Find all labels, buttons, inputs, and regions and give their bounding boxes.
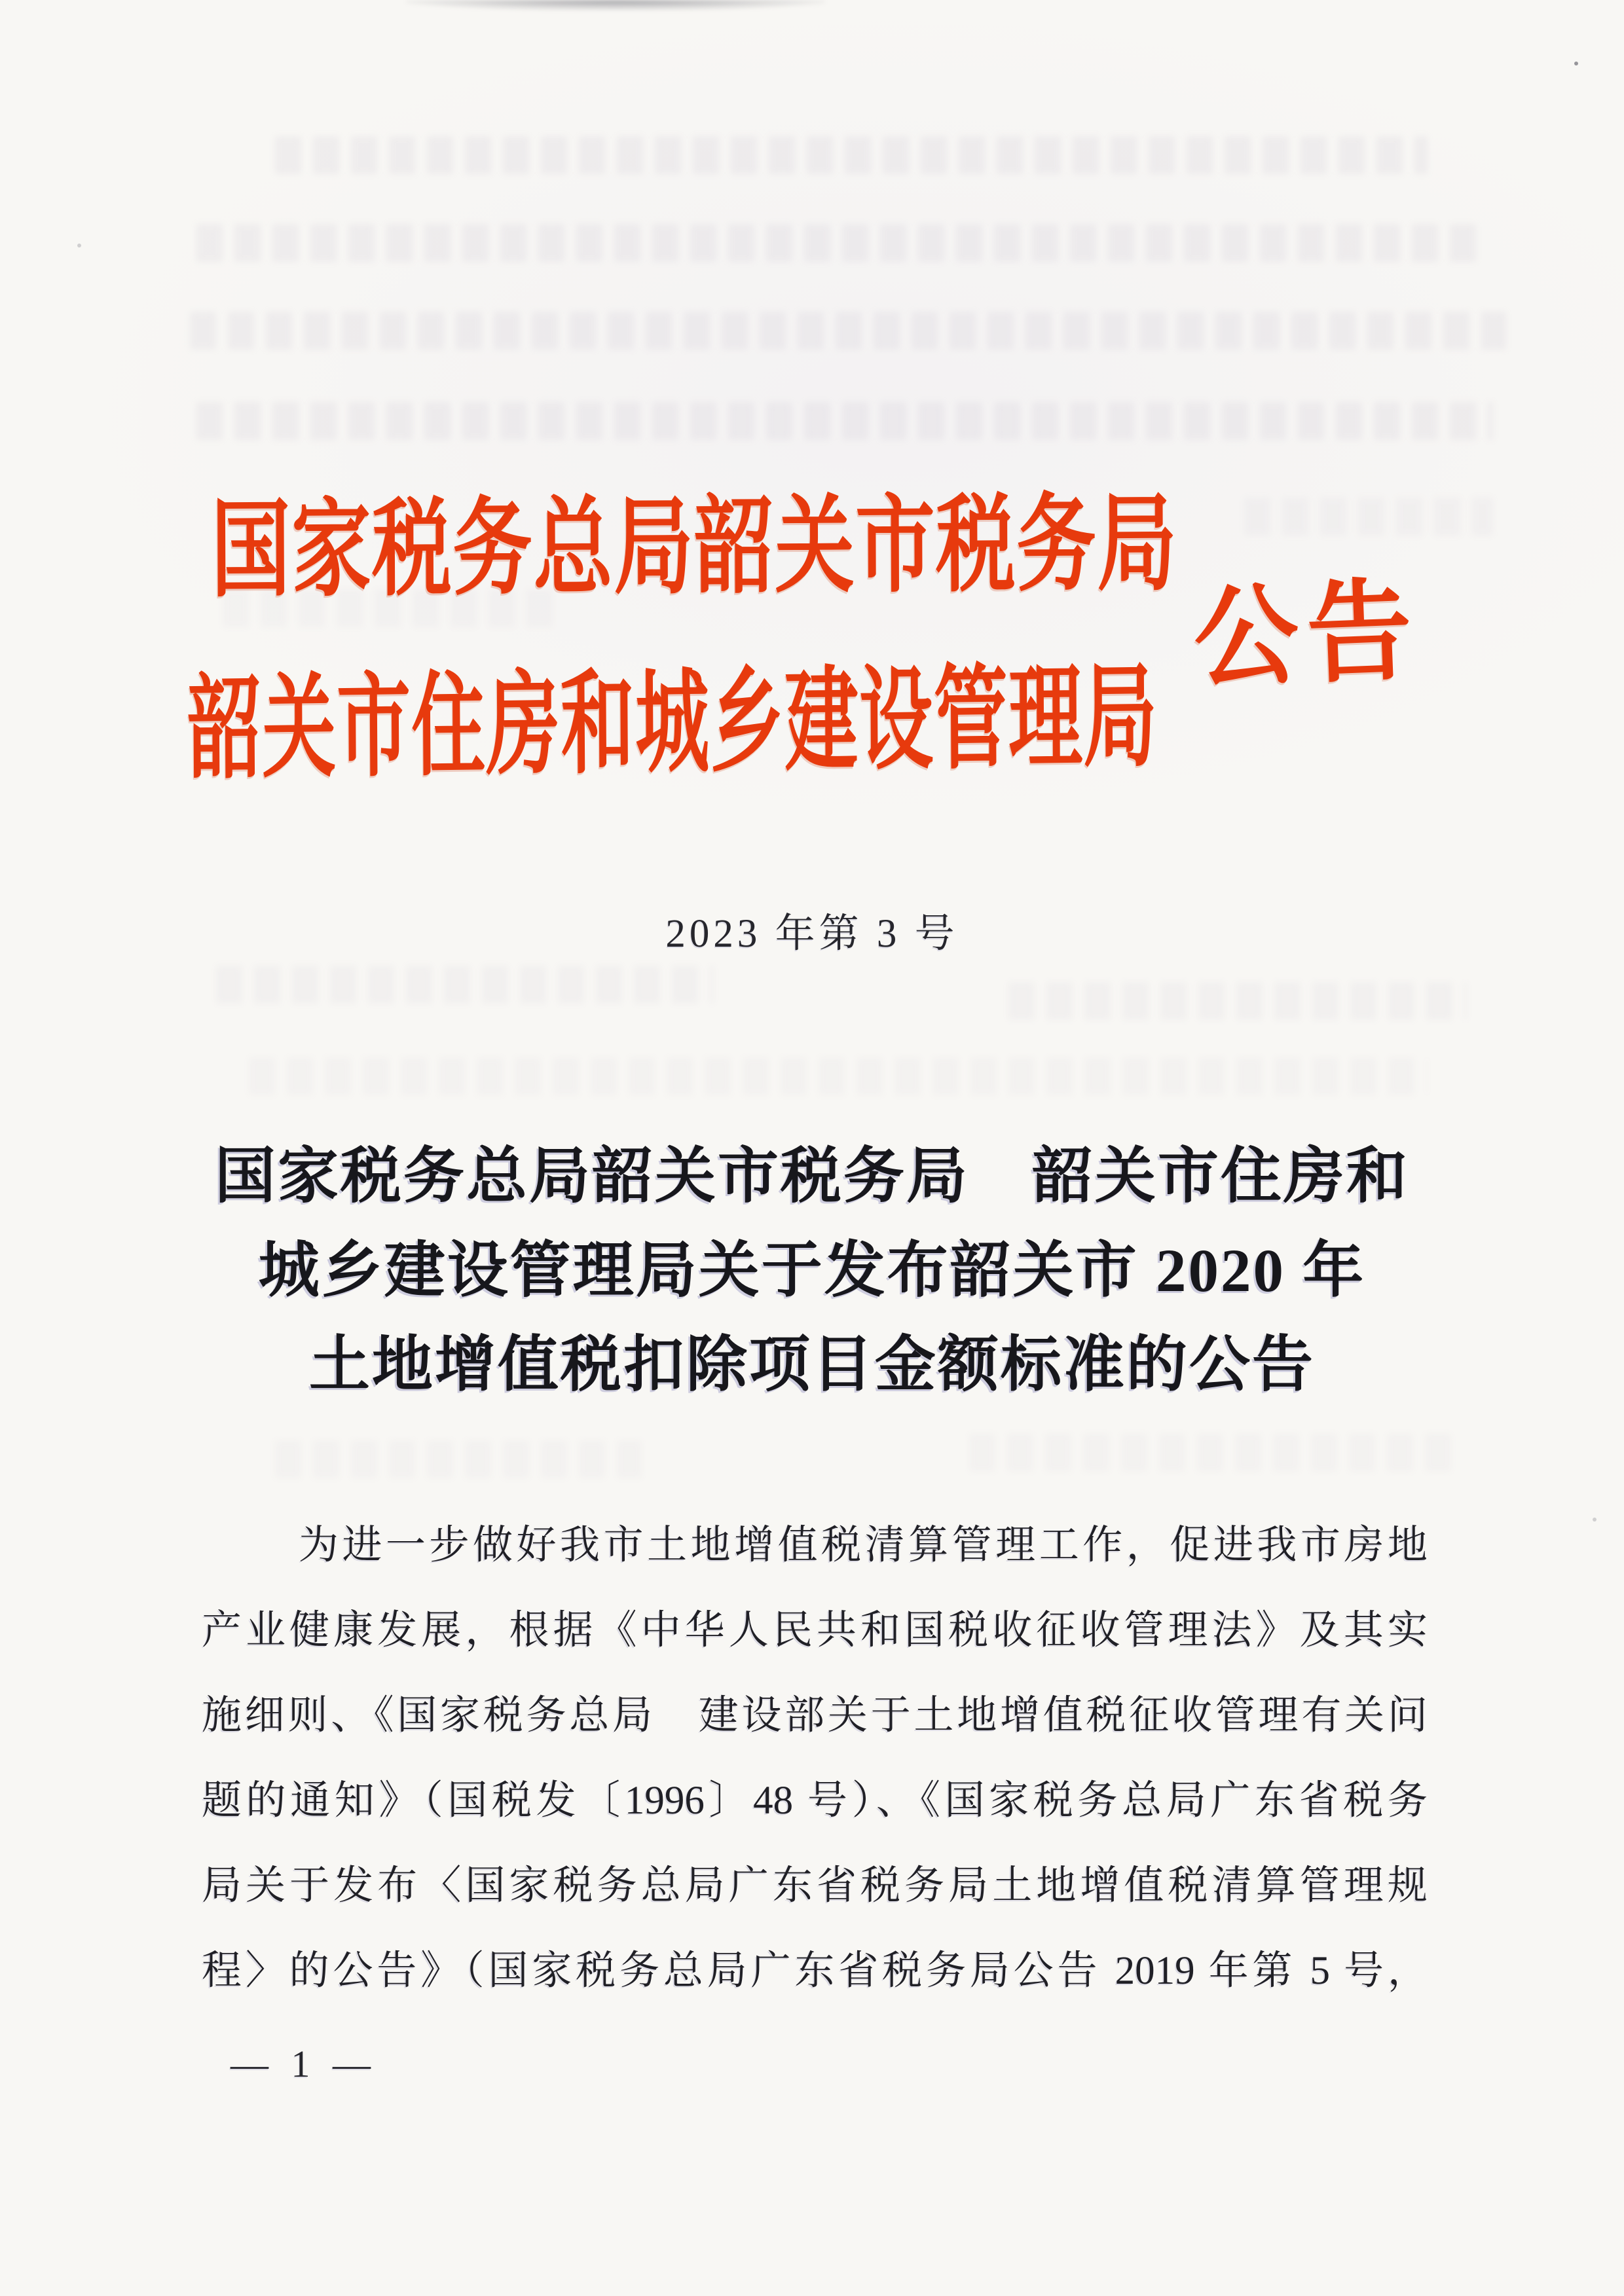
bleed-through-line	[249, 1057, 1428, 1095]
document-number: 2023 年第 3 号	[0, 911, 1624, 957]
body-line: 局关于发布〈国家税务总局广东省税务局土地增值税清算管理规	[202, 1844, 1428, 1929]
announcement-title-line-1: 国家税务总局韶关市税务局 韶关市住房和	[0, 1130, 1624, 1224]
scanner-edge-shadow	[406, 0, 825, 10]
announcement-title-line-2: 城乡建设管理局关于发布韶关市 2020 年	[0, 1224, 1624, 1319]
announcement-word: 公告	[1192, 572, 1423, 701]
bleed-through-line	[275, 136, 1428, 174]
bleed-through-line	[196, 224, 1480, 262]
bleed-through-line	[190, 312, 1506, 350]
scan-speck	[77, 244, 81, 247]
scanned-announcement-page: 国家税务总局韶关市税务局 韶关市住房和城乡建设管理局 公告 2023 年第 3 …	[0, 0, 1624, 2296]
body-line: 施细则、《国家税务总局 建设部关于土地增值税征收管理有关问	[202, 1673, 1428, 1758]
announcement-title-line-3: 土地增值税扣除项目金额标准的公告	[0, 1319, 1624, 1413]
body-paragraph: 为进一步做好我市土地增值税清算管理工作，促进我市房地 产业健康发展，根据《中华人…	[202, 1503, 1428, 2014]
body-line: 题的通知》（国税发〔1996〕48 号）、《国家税务总局广东省税务	[202, 1758, 1428, 1844]
body-line: 产业健康发展，根据《中华人民共和国税收征收管理法》及其实	[202, 1588, 1428, 1673]
bleed-through-line	[1244, 498, 1493, 536]
bleed-through-line	[196, 402, 1493, 440]
bleed-through-line	[1008, 982, 1467, 1020]
issuer-name-housing-bureau: 韶关市住房和城乡建设管理局	[187, 657, 1158, 792]
scan-speck	[1593, 1518, 1596, 1522]
bleed-through-line	[216, 966, 714, 1004]
body-line: 为进一步做好我市土地增值税清算管理工作，促进我市房地	[202, 1503, 1428, 1588]
announcement-title: 国家税务总局韶关市税务局 韶关市住房和 城乡建设管理局关于发布韶关市 2020 …	[0, 1130, 1624, 1413]
bleed-through-line	[275, 1440, 642, 1478]
issuer-name-tax-bureau: 国家税务总局韶关市税务局	[211, 488, 1178, 610]
page-number: — 1 —	[231, 2041, 377, 2087]
scan-speck	[1574, 62, 1578, 65]
bleed-through-line	[969, 1434, 1454, 1472]
body-line: 程〉的公告》（国家税务总局广东省税务局公告 2019 年第 5 号，	[202, 1929, 1428, 2014]
